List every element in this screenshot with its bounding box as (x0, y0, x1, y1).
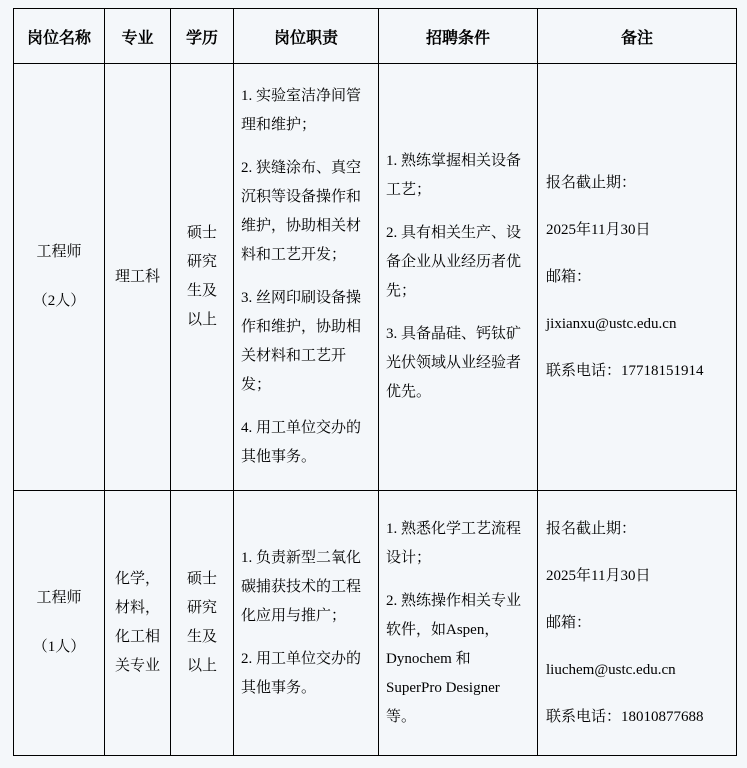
cell-line: 硕士研究生及以上 (181, 565, 223, 681)
col-header-major: 专业 (105, 9, 171, 64)
cell-line: （2人） (18, 287, 100, 316)
cell-line: （1人） (18, 633, 100, 662)
cell-line: jixianxu@ustc.edu.cn (546, 311, 728, 337)
col-header-position-name: 岗位名称 (14, 9, 105, 64)
cell-requirements: 1. 熟练掌握相关设备工艺；2. 具有相关生产、设备企业从业经历者优先；3. 具… (379, 64, 538, 491)
cell-line: 1. 熟悉化学工艺流程设计； (386, 515, 530, 573)
table-row: 工程师（1人） 化学，材料，化工相关专业 硕士研究生及以上 1. 负责新型二氧化… (14, 491, 737, 756)
cell-line: 1. 熟练掌握相关设备工艺； (386, 147, 530, 205)
col-header-education: 学历 (171, 9, 234, 64)
cell-position-name: 工程师（2人） (14, 64, 105, 491)
col-header-duties: 岗位职责 (234, 9, 379, 64)
cell-line: 2025年11月30日 (546, 563, 728, 589)
cell-line: 工程师 (18, 584, 100, 613)
table-row: 工程师（2人） 理工科 硕士研究生及以上 1. 实验室洁净间管理和维护；2. 狭… (14, 64, 737, 491)
recruitment-table: 岗位名称 专业 学历 岗位职责 招聘条件 备注 工程师（2人） 理工科 硕士研究… (13, 8, 737, 756)
cell-line: 3. 具备晶硅、钙钛矿光伏领域从业经验者优先。 (386, 320, 530, 407)
cell-line: 联系电话：18010877688 (546, 704, 728, 730)
cell-major: 理工科 (105, 64, 171, 491)
cell-line: 2. 熟练操作相关专业软件，如Aspen，Dynochem 和 SuperPro… (386, 587, 530, 732)
col-header-requirements: 招聘条件 (379, 9, 538, 64)
cell-requirements: 1. 熟悉化学工艺流程设计；2. 熟练操作相关专业软件，如Aspen，Dynoc… (379, 491, 538, 756)
cell-line: 2. 狭缝涂布、真空沉积等设备操作和维护，协助相关材料和工艺开发； (241, 154, 371, 270)
cell-line: 联系电话：17718151914 (546, 358, 728, 384)
col-header-notes: 备注 (538, 9, 737, 64)
cell-duties: 1. 实验室洁净间管理和维护；2. 狭缝涂布、真空沉积等设备操作和维护，协助相关… (234, 64, 379, 491)
page: 岗位名称 专业 学历 岗位职责 招聘条件 备注 工程师（2人） 理工科 硕士研究… (0, 0, 747, 768)
cell-notes: 报名截止期：2025年11月30日邮箱：liuchem@ustc.edu.cn联… (538, 491, 737, 756)
cell-line: 硕士研究生及以上 (181, 219, 223, 335)
header-row: 岗位名称 专业 学历 岗位职责 招聘条件 备注 (14, 9, 737, 64)
cell-line: 2. 具有相关生产、设备企业从业经历者优先； (386, 219, 530, 306)
cell-education: 硕士研究生及以上 (171, 491, 234, 756)
cell-notes: 报名截止期：2025年11月30日邮箱：jixianxu@ustc.edu.cn… (538, 64, 737, 491)
cell-line: 2025年11月30日 (546, 217, 728, 243)
cell-line: 报名截止期： (546, 516, 728, 542)
cell-line: 工程师 (18, 238, 100, 267)
cell-line: 化学，材料，化工相关专业 (113, 565, 162, 681)
cell-line: 1. 负责新型二氧化碳捕获技术的工程化应用与推广； (241, 544, 371, 631)
cell-line: 报名截止期： (546, 170, 728, 196)
cell-line: 2. 用工单位交办的其他事务。 (241, 645, 371, 703)
cell-education: 硕士研究生及以上 (171, 64, 234, 491)
cell-line: 4. 用工单位交办的其他事务。 (241, 414, 371, 472)
cell-line: 邮箱： (546, 264, 728, 290)
cell-major: 化学，材料，化工相关专业 (105, 491, 171, 756)
cell-line: liuchem@ustc.edu.cn (546, 657, 728, 683)
cell-line: 1. 实验室洁净间管理和维护； (241, 82, 371, 140)
cell-line: 邮箱： (546, 610, 728, 636)
cell-duties: 1. 负责新型二氧化碳捕获技术的工程化应用与推广；2. 用工单位交办的其他事务。 (234, 491, 379, 756)
cell-position-name: 工程师（1人） (14, 491, 105, 756)
cell-line: 理工科 (113, 263, 162, 292)
cell-line: 3. 丝网印刷设备操作和维护，协助相关材料和工艺开发； (241, 284, 371, 400)
